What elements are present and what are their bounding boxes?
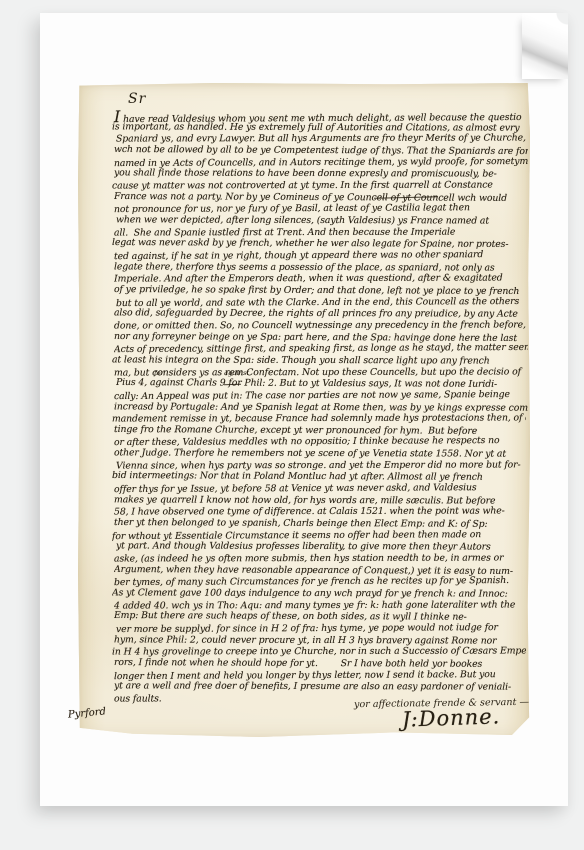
signature: J:Donne.: [402, 704, 501, 732]
signature-flourish: [430, 736, 455, 739]
interlinear-correction: for.: [154, 370, 165, 377]
manuscript-line: at least his integra on the Spa: side. T…: [112, 354, 526, 367]
page-curl: [522, 13, 568, 79]
photo-background: Sr I have read Valdesius whom you sent m…: [0, 0, 584, 850]
print-sheet: Sr I have read Valdesius whom you sent m…: [40, 13, 568, 806]
interlinear-correction: against: [224, 370, 249, 377]
salutation: Sr: [128, 91, 146, 107]
manuscript-line: when we wer depicted, after long silence…: [116, 214, 530, 227]
manuscript-letter: Sr I have read Valdesius whom you sent m…: [78, 83, 530, 737]
